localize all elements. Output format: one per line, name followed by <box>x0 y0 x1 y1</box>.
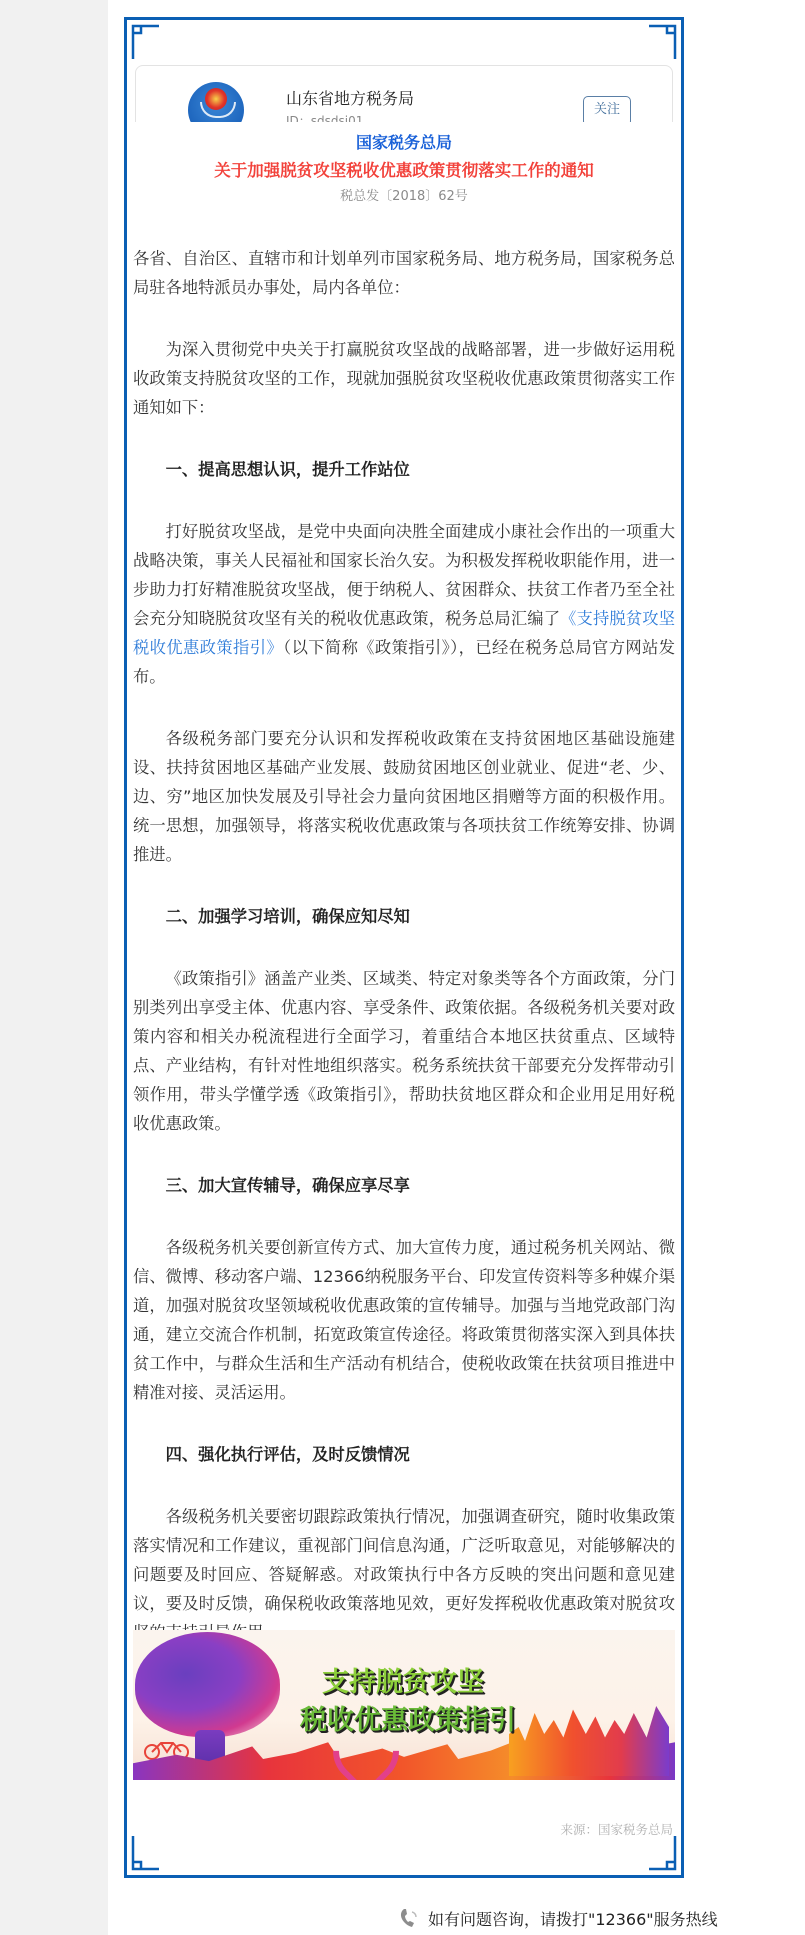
salutation: 各省、自治区、直辖市和计划单列市国家税务局、地方税务局，国家税务总局驻各地特派员… <box>133 244 675 302</box>
hotline-bar: 如有问题咨询，请拨打"12366"服务热线 <box>398 1906 718 1930</box>
section-heading-1: 一、提高思想认识，提升工作站位 <box>133 455 675 484</box>
policy-guide-banner[interactable]: 支持脱贫攻坚 税收优惠政策指引 <box>133 1630 675 1780</box>
corner-ornament-bottom-right-icon <box>647 1835 677 1871</box>
follow-button[interactable]: 关注 <box>583 96 631 122</box>
wreath-icon <box>200 102 236 118</box>
left-gutter <box>0 0 108 1935</box>
section-heading-2: 二、加强学习培训，确保应知尽知 <box>133 902 675 931</box>
hotline-text: 如有问题咨询，请拨打"12366"服务热线 <box>428 1907 718 1930</box>
account-id: ID：sdsdsj01 <box>286 112 363 122</box>
corner-ornament-bottom-left-icon <box>131 1835 161 1871</box>
section-4-paragraph: 各级税务机关要密切跟踪政策执行情况，加强调查研究，随时收集政策落实情况和工作建议… <box>133 1502 675 1647</box>
banner-title-line-2: 税收优惠政策指引 <box>258 1704 558 1738</box>
corner-ornament-top-right-icon <box>647 24 677 60</box>
document-number: 税总发〔2018〕62号 <box>127 186 681 208</box>
article-frame: 山东省地方税务局 ID：sdsdsj01 关注 国家税务总局 关于加强脱贫攻坚税… <box>124 17 684 1878</box>
account-card[interactable]: 山东省地方税务局 ID：sdsdsj01 关注 <box>135 65 673 122</box>
section-1-paragraph-1: 打好脱贫攻坚战，是党中央面向决胜全面建成小康社会作出的一项重大战略决策，事关人民… <box>133 517 675 691</box>
section-heading-3: 三、加大宣传辅导，确保应享尽享 <box>133 1171 675 1200</box>
corner-ornament-top-left-icon <box>131 24 161 60</box>
section-heading-4: 四、强化执行评估，及时反馈情况 <box>133 1440 675 1469</box>
section-2-paragraph: 《政策指引》涵盖产业类、区域类、特定对象类等各个方面政策，分门别类列出享受主体、… <box>133 964 675 1138</box>
banner-title-line-1: 支持脱贫攻坚 <box>283 1666 523 1700</box>
document-header: 国家税务总局 关于加强脱贫攻坚税收优惠政策贯彻落实工作的通知 税总发〔2018〕… <box>127 130 681 208</box>
issuer: 国家税务总局 <box>127 130 681 156</box>
account-avatar[interactable] <box>188 82 244 122</box>
document-body: 各省、自治区、直辖市和计划单列市国家税务局、地方税务局，国家税务总局驻各地特派员… <box>133 244 675 1738</box>
phone-icon <box>398 1907 420 1929</box>
section-1-paragraph-2: 各级税务部门要充分认识和发挥税收政策在支持贫困地区基础设施建设、扶持贫困地区基础… <box>133 724 675 869</box>
account-name[interactable]: 山东省地方税务局 <box>286 86 414 109</box>
source-credit: 来源：国家税务总局 <box>560 1820 673 1838</box>
section-3-paragraph: 各级税务机关要创新宣传方式、加大宣传力度，通过税务机关网站、微信、微博、移动客户… <box>133 1233 675 1407</box>
document-title: 关于加强脱贫攻坚税收优惠政策贯彻落实工作的通知 <box>127 158 681 184</box>
intro-paragraph: 为深入贯彻党中央关于打赢脱贫攻坚战的战略部署，进一步做好运用税收政策支持脱贫攻坚… <box>133 335 675 422</box>
